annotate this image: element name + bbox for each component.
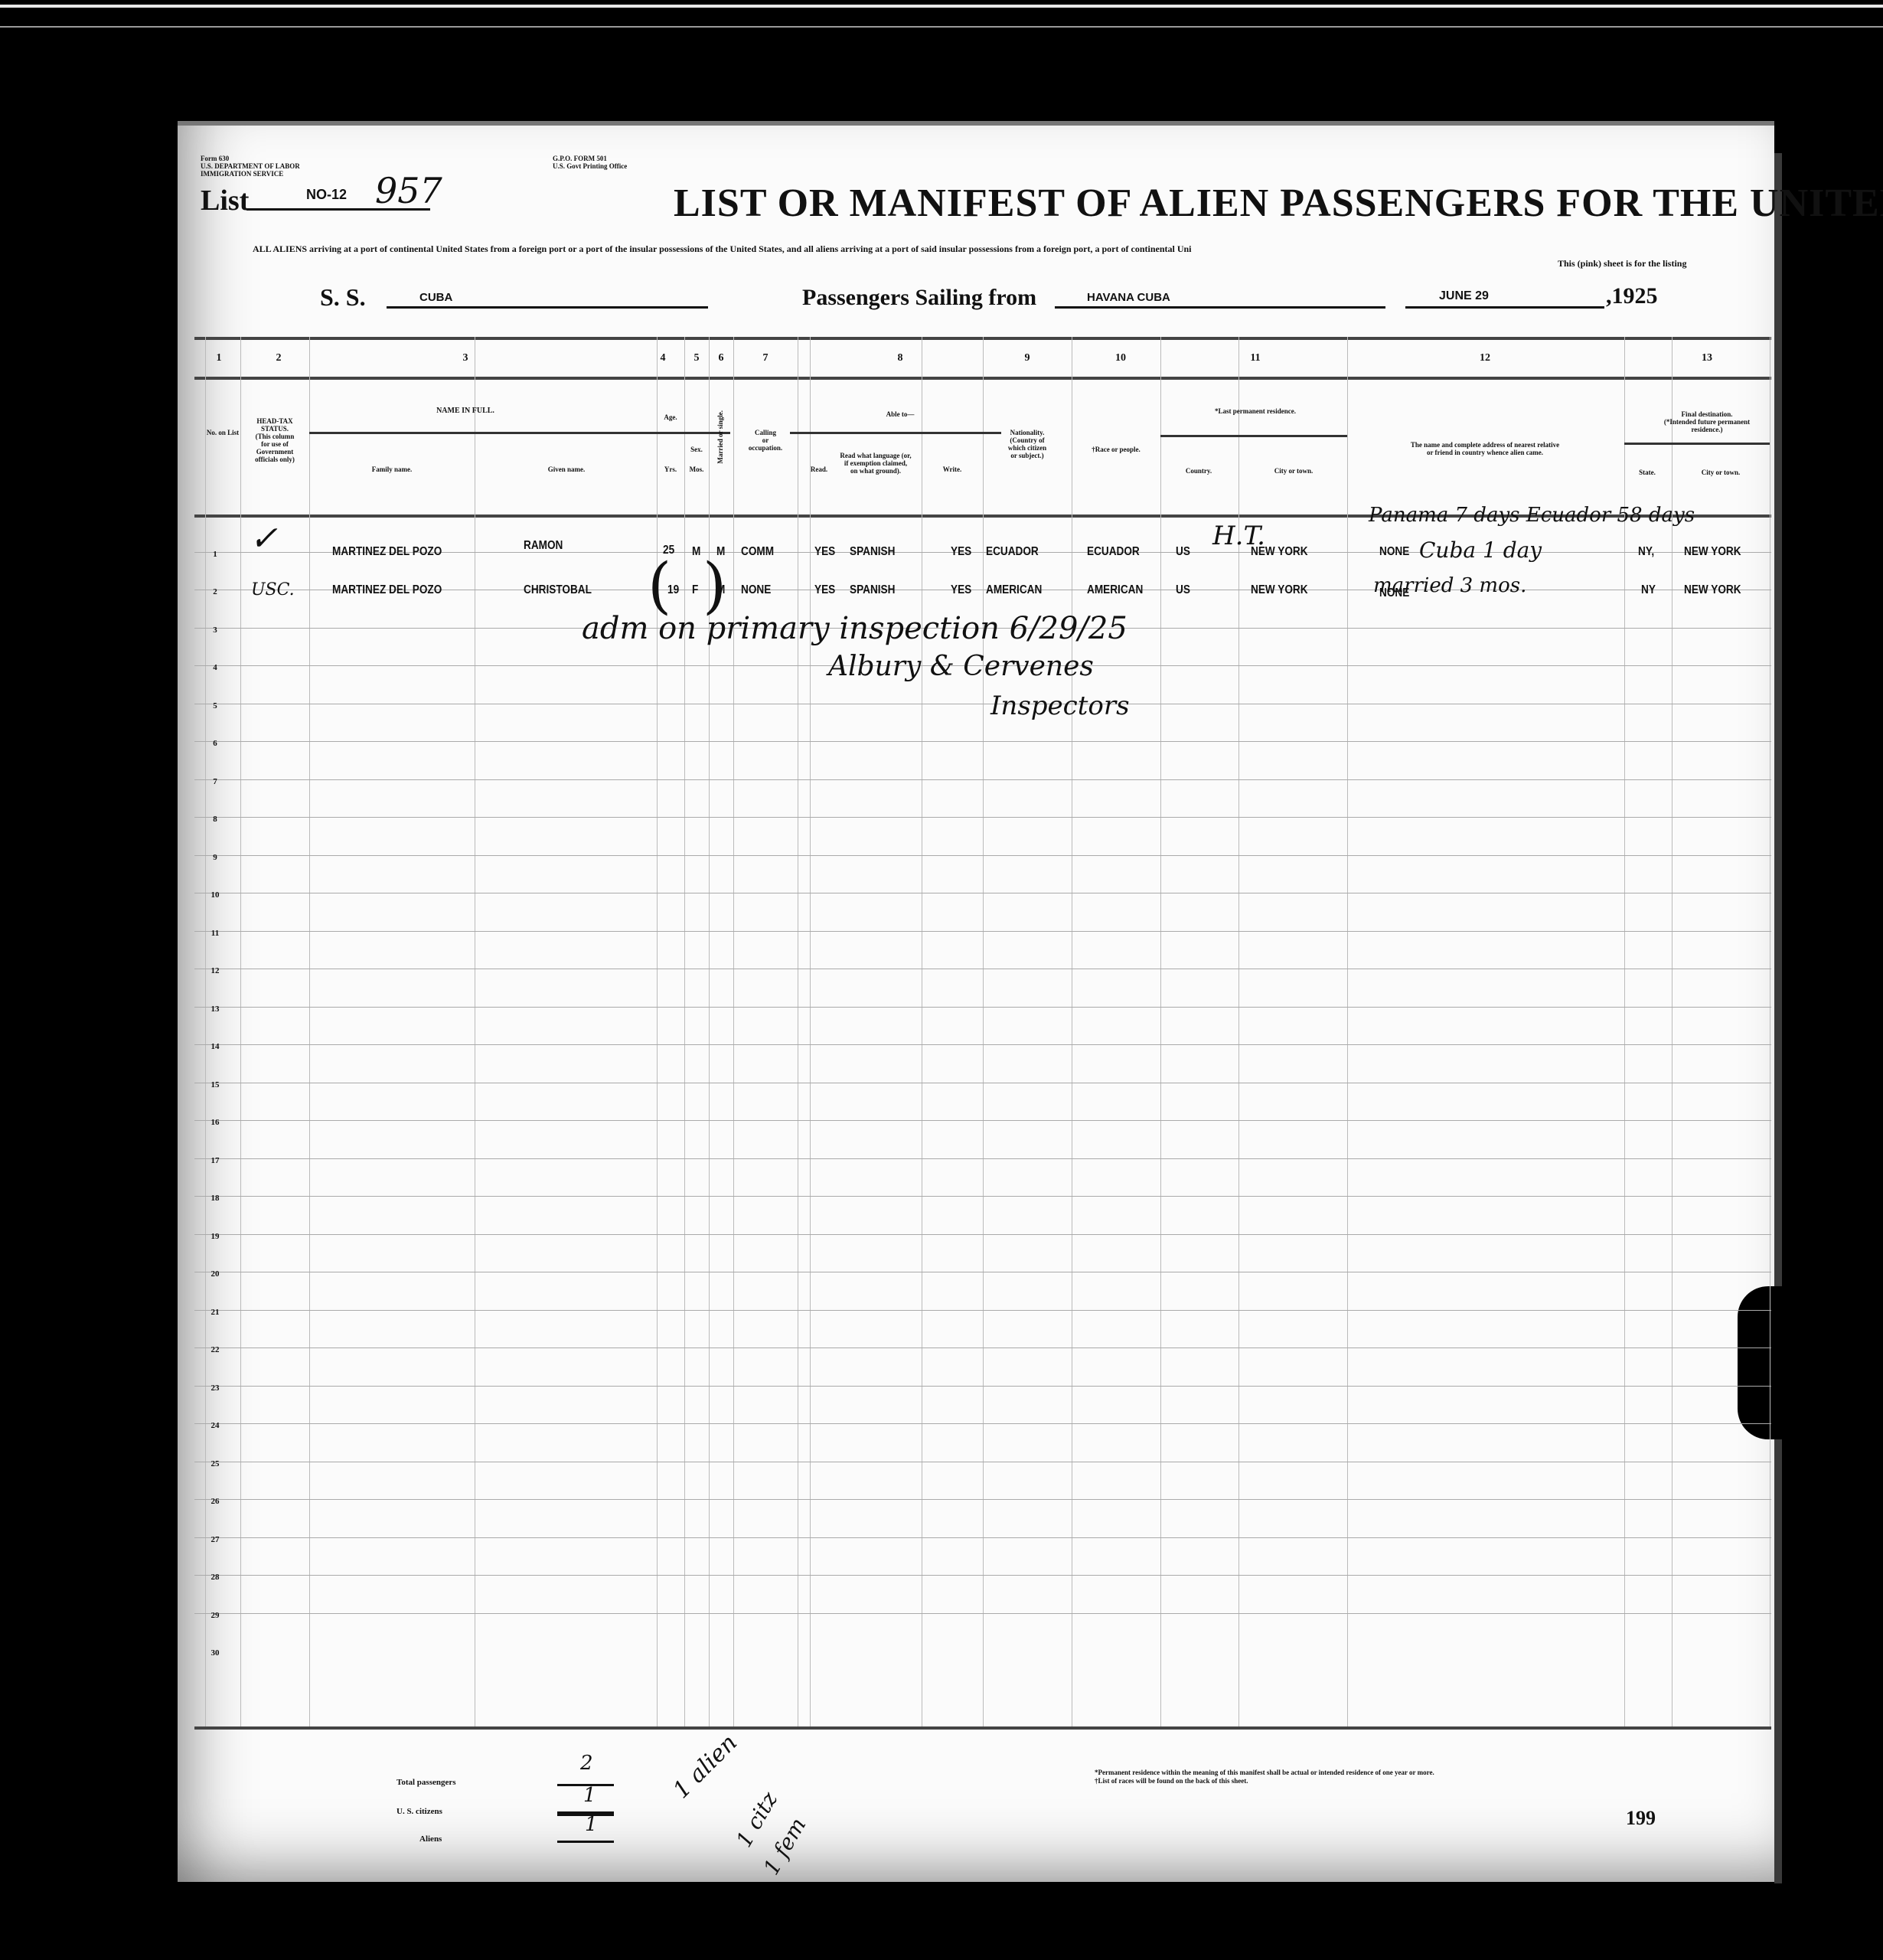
row-rule <box>194 969 1771 969</box>
header-read-language: Read what language (or, if exemption cla… <box>840 452 911 475</box>
destination-city: NEW YORK <box>1684 545 1741 559</box>
row-rule <box>194 1044 1771 1045</box>
header-final-destination: Final destination. (*Intended future per… <box>1664 410 1750 433</box>
row-rule <box>194 1386 1771 1387</box>
row-rule <box>194 817 1771 818</box>
col-rule <box>733 337 734 1726</box>
row-number: 15 <box>205 1080 225 1089</box>
column-number: 5 <box>694 352 700 364</box>
header-line: Final destination. <box>1664 410 1750 418</box>
form-id-line: U.S. DEPARTMENT OF LABOR <box>201 162 300 170</box>
page-number: 199 <box>1626 1807 1656 1830</box>
row-rule <box>194 1234 1771 1235</box>
age-yrs: 19 <box>667 583 679 597</box>
row-number: 5 <box>205 701 225 710</box>
header-line: Read what language (or, <box>840 452 911 459</box>
occupation: NONE <box>741 583 771 597</box>
row-rule <box>194 893 1771 893</box>
sex: M <box>692 545 700 559</box>
header-line: officials only) <box>255 456 295 463</box>
nationality: AMERICAN <box>986 583 1042 597</box>
subtitle-sheet-note: This (pink) sheet is for the listing <box>1558 258 1686 269</box>
row-number: 13 <box>205 1004 225 1014</box>
given-name: CHRISTOBAL <box>524 583 592 597</box>
list-number-printed: NO-12 <box>306 187 347 203</box>
header-family-name: Family name. <box>372 465 413 473</box>
inspector-names: Albury & Cervenes <box>828 651 1094 682</box>
aliens-line <box>557 1841 614 1843</box>
column-number: 4 <box>661 352 666 364</box>
sheet-right-edge <box>1774 153 1782 1883</box>
race: ECUADOR <box>1087 545 1140 559</box>
col-rule <box>1672 337 1673 1726</box>
form-id-left: Form 630 U.S. DEPARTMENT OF LABOR IMMIGR… <box>201 155 300 178</box>
row-rule <box>194 741 1771 742</box>
row-rule <box>194 1083 1771 1083</box>
row-number: 12 <box>205 966 225 975</box>
header-dest-city: City or town. <box>1702 469 1741 476</box>
column-number: 10 <box>1115 352 1126 364</box>
col-rule <box>1072 337 1072 1726</box>
col-rule <box>475 337 475 1726</box>
subtitle-instructions: ALL ALIENS arriving at a port of contine… <box>253 243 1192 255</box>
row-number: 2 <box>205 587 225 596</box>
column-number: 13 <box>1702 352 1712 364</box>
row-number: 9 <box>205 853 225 862</box>
write: YES <box>951 545 971 559</box>
row-rule <box>194 1196 1771 1197</box>
column-number: 12 <box>1480 352 1490 364</box>
header-line: occupation. <box>749 444 782 452</box>
row-rule <box>194 1499 1771 1500</box>
marital-status: M <box>716 583 725 597</box>
inspector-title: Inspectors <box>990 691 1130 721</box>
row-rule <box>194 704 1771 704</box>
page-title: LIST OR MANIFEST OF ALIEN PASSENGERS FOR… <box>674 181 1883 226</box>
col-rule <box>1770 337 1770 1726</box>
row-rule <box>194 1462 1771 1462</box>
manifest-table: 1 2 3 4 5 6 7 8 9 10 11 12 13 No. on Lis… <box>194 337 1771 1726</box>
aliens-value: 1 <box>585 1813 598 1836</box>
ship-label: S. S. <box>320 283 366 312</box>
sailing-from: HAVANA CUBA <box>1087 291 1170 304</box>
row-number: 27 <box>205 1535 225 1544</box>
nationality: ECUADOR <box>986 545 1039 559</box>
table-bottom-rule <box>194 1726 1771 1730</box>
col-rule <box>798 337 798 1726</box>
header-line: Calling <box>749 429 782 436</box>
header-res-country: Country. <box>1186 467 1212 475</box>
col-rule <box>922 337 922 1726</box>
sailing-date: JUNE 29 <box>1439 289 1489 303</box>
scan-border-top-secondary <box>0 26 1883 28</box>
row-rule <box>194 779 1771 780</box>
column-number: 11 <box>1250 352 1260 364</box>
destination-city: NEW YORK <box>1684 583 1741 597</box>
scan-border-top <box>0 5 1883 8</box>
header-res-city: City or town. <box>1274 467 1314 475</box>
sailing-label: Passengers Sailing from <box>802 285 1036 311</box>
row-number: 20 <box>205 1269 225 1279</box>
column-number: 9 <box>1025 352 1030 364</box>
header-head-tax: HEAD-TAX STATUS. (This column for use of… <box>255 417 295 463</box>
column-number: 7 <box>763 352 769 364</box>
total-passengers-label: Total passengers <box>397 1778 456 1787</box>
form-id-line: G.P.O. FORM 501 <box>553 155 627 162</box>
header-line: (This column <box>255 433 295 440</box>
row-number: 10 <box>205 890 225 900</box>
column-number: 6 <box>719 352 724 364</box>
header-line: or <box>749 436 782 444</box>
header-write: Write. <box>943 465 962 473</box>
row-number: 6 <box>205 739 225 748</box>
name-header-rule <box>309 432 730 434</box>
col-rule <box>1347 337 1348 1726</box>
row-number: 4 <box>205 663 225 672</box>
row-number: 11 <box>205 929 225 938</box>
list-number-handwritten: 957 <box>375 170 442 211</box>
header-relative: The name and complete address of nearest… <box>1411 441 1559 456</box>
row-number: 8 <box>205 815 225 824</box>
relative-top-annotation: Panama 7 days Ecuador 58 days <box>1369 504 1695 527</box>
header-line: Nationality. <box>1008 429 1046 436</box>
head-tax-check-icon: ✓ <box>250 519 278 558</box>
header-no-on-list: No. on List <box>207 429 239 436</box>
row-number: 25 <box>205 1459 225 1468</box>
header-line: HEAD-TAX <box>255 417 295 425</box>
head-tax-status: USC. <box>251 580 295 599</box>
row-rule <box>194 1575 1771 1576</box>
write: YES <box>951 583 971 597</box>
row-rule <box>194 1272 1771 1272</box>
header-line: residence.) <box>1664 426 1750 433</box>
given-name: RAMON <box>524 539 563 553</box>
row-number: 3 <box>205 626 225 635</box>
col-rule <box>709 337 710 1726</box>
row-number: 29 <box>205 1611 225 1620</box>
footnote-line: †List of races will be found on the back… <box>1095 1777 1434 1785</box>
col-rule <box>205 337 206 1726</box>
row-rule <box>194 855 1771 856</box>
form-id-line: U.S. Govt Printing Office <box>553 162 627 170</box>
admission-note: adm on primary inspection 6/29/25 <box>582 611 1128 646</box>
row-number: 14 <box>205 1042 225 1051</box>
col-rule <box>1160 337 1161 1726</box>
date-underline <box>1405 306 1604 309</box>
row-number: 22 <box>205 1345 225 1354</box>
col-rule <box>983 337 984 1726</box>
col-rule <box>1624 337 1625 1726</box>
row-number: 17 <box>205 1156 225 1165</box>
row-rule <box>194 1007 1771 1008</box>
us-citizens-value: 1 <box>583 1784 596 1807</box>
column-number: 2 <box>276 352 282 364</box>
row-number: 7 <box>205 777 225 786</box>
occupation: COMM <box>741 545 774 559</box>
ship-name: CUBA <box>419 291 452 304</box>
header-line: Government <box>255 448 295 456</box>
relative-annotation: married 3 mos. <box>1373 574 1526 597</box>
header-line: (Country of <box>1008 436 1046 444</box>
residence-country: US <box>1176 583 1190 597</box>
col-rule <box>810 337 811 1726</box>
header-sex: Sex. <box>690 446 703 453</box>
row-number: 21 <box>205 1308 225 1317</box>
header-line: or subject.) <box>1008 452 1046 459</box>
residence-country: US <box>1176 545 1190 559</box>
row-number: 28 <box>205 1573 225 1582</box>
ship-underline <box>387 306 708 309</box>
header-given-name: Given name. <box>548 465 586 473</box>
relative: NONE <box>1379 545 1409 559</box>
header-last-residence: *Last permanent residence. <box>1215 407 1296 415</box>
header-age-yrs: Yrs. <box>664 465 677 473</box>
row-number: 18 <box>205 1194 225 1203</box>
header-line: or friend in country whence alien came. <box>1411 449 1559 456</box>
header-line: (*Intended future permanent <box>1664 418 1750 426</box>
row-number: 24 <box>205 1421 225 1430</box>
column-number: 3 <box>463 352 468 364</box>
col-rule <box>240 337 241 1726</box>
language: SPANISH <box>850 583 895 597</box>
family-name: MARTINEZ DEL POZO <box>332 583 442 597</box>
destination-state: NY, <box>1638 545 1654 559</box>
able-header-rule <box>790 432 1001 434</box>
us-citizens-label: U. S. citizens <box>397 1807 442 1816</box>
header-able-to: Able to— <box>886 410 915 418</box>
list-label: List <box>201 184 249 217</box>
header-race: †Race or people. <box>1092 446 1141 453</box>
header-line: on what ground). <box>840 467 911 475</box>
row-rule <box>194 931 1771 932</box>
residence-city: NEW YORK <box>1251 545 1308 559</box>
footnote-line: *Permanent residence within the meaning … <box>1095 1769 1434 1777</box>
form-id-center: G.P.O. FORM 501 U.S. Govt Printing Offic… <box>553 155 627 170</box>
header-line: for use of <box>255 440 295 448</box>
col-rule <box>309 337 310 1726</box>
header-married-single: Married or single. <box>716 410 724 464</box>
family-name: MARTINEZ DEL POZO <box>332 545 442 559</box>
header-name-in-full: NAME IN FULL. <box>436 407 494 415</box>
header-dest-state: State. <box>1639 469 1656 476</box>
row-rule <box>194 1613 1771 1614</box>
row-rule <box>194 1347 1771 1348</box>
header-age: Age. <box>664 413 677 421</box>
col-rule <box>684 337 685 1726</box>
row-rule <box>194 1310 1771 1311</box>
footnote: *Permanent residence within the meaning … <box>1095 1769 1434 1785</box>
destination-header-rule <box>1624 443 1770 445</box>
row-number: 16 <box>205 1118 225 1127</box>
sex: F <box>692 583 698 597</box>
read: YES <box>814 545 835 559</box>
race: AMERICAN <box>1087 583 1143 597</box>
header-nationality: Nationality. (Country of which citizen o… <box>1008 429 1046 459</box>
header-calling: Calling or occupation. <box>749 429 782 452</box>
row-number: 1 <box>205 550 225 559</box>
language: SPANISH <box>850 545 895 559</box>
total-passengers-value: 2 <box>580 1752 593 1775</box>
sailing-underline <box>1055 306 1385 309</box>
header-line: The name and complete address of nearest… <box>1411 441 1559 449</box>
row-number: 19 <box>205 1232 225 1241</box>
row-rule <box>194 1423 1771 1424</box>
destination-state: NY <box>1641 583 1656 597</box>
row-rule <box>194 1120 1771 1121</box>
row-rule <box>194 1158 1771 1159</box>
header-line: if exemption claimed, <box>840 459 911 467</box>
form-id-line: Form 630 <box>201 155 300 162</box>
header-line: which citizen <box>1008 444 1046 452</box>
form-id-line: IMMIGRATION SERVICE <box>201 170 300 178</box>
header-line: STATUS. <box>255 425 295 433</box>
row-number: 30 <box>205 1648 225 1658</box>
row-number: 23 <box>205 1383 225 1393</box>
column-number: 8 <box>898 352 903 364</box>
relative-annotation: Cuba 1 day <box>1419 537 1542 563</box>
sheet-top-edge <box>178 121 1774 126</box>
header-read: Read. <box>811 465 827 473</box>
residence-header-rule <box>1160 435 1347 437</box>
column-number: 1 <box>217 352 222 364</box>
sailing-year: ,1925 <box>1606 283 1658 309</box>
aliens-label: Aliens <box>419 1834 442 1844</box>
col-rule <box>657 337 658 1726</box>
row-number: 26 <box>205 1497 225 1506</box>
header-age-mos: Mos. <box>690 465 704 473</box>
read: YES <box>814 583 835 597</box>
row-rule <box>194 1537 1771 1538</box>
residence-city: NEW YORK <box>1251 583 1308 597</box>
